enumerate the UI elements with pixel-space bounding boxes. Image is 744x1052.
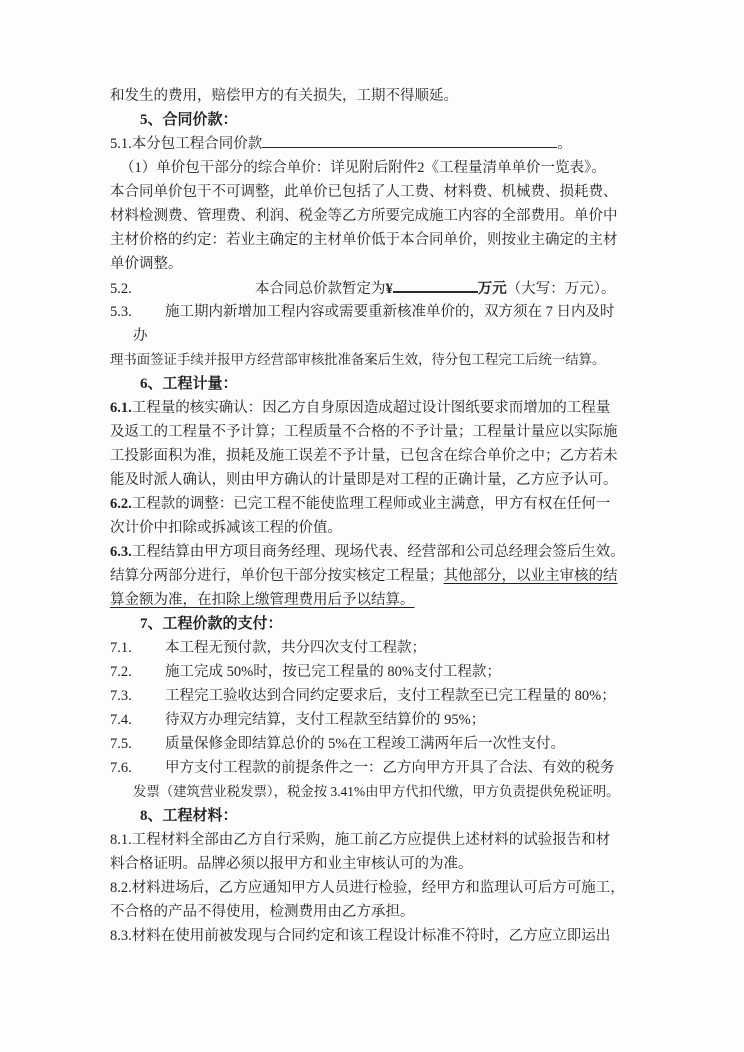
paragraph-text: 办 (133, 328, 148, 344)
clause-5-1-item-1: （1）单价包干部分的综合单价：详见附后附件2《工程量清单单价一览表》。 (110, 156, 640, 180)
clause-6-2: 6.2.工程款的调整：已完工程不能使监理工程师或业主满意，甲方有权在任何一 (110, 492, 640, 516)
paragraph-line: 算金额为准，在扣除上缴管理费用后予以结算。 (110, 588, 640, 612)
paragraph-line: 单价调整。 (110, 252, 640, 276)
currency-symbol: ¥ (386, 281, 393, 297)
clause-text: 工程材料全部由乙方自行采购，施工前乙方应提供上述材料的试验报告和材 (132, 832, 611, 848)
paragraph-text: 次计价中扣除或拆减该工程的价值。 (110, 520, 342, 536)
clause-number: 7.2. (110, 660, 165, 684)
paragraph-text: 本合同单价包干不可调整，此单价已包括了人工费、材料费、机械费、损耗费、 (110, 184, 618, 200)
clause-number: 5.2. (110, 277, 165, 301)
clause-number: 7.6. (110, 756, 165, 780)
clause-text: （1）单价包干部分的综合单价：详见附后附件2《工程量清单单价一览表》。 (120, 160, 606, 176)
section-heading-5: 5、合同价款： (110, 108, 640, 132)
clause-5-1: 5.1.本分包工程合同价款。 (110, 132, 640, 156)
section-heading-7: 7、工程价款的支付： (110, 612, 640, 636)
clause-text: 待双方办理完结算，支付工程款至结算价的 95%； (165, 712, 485, 728)
clause-text: 工程完工验收达到合同约定要求后，支付工程款至已完工程量的 80%； (165, 688, 616, 704)
clause-8-1: 8.1.工程材料全部由乙方自行采购，施工前乙方应提供上述材料的试验报告和材 (110, 828, 640, 852)
paragraph-text: 不合格的产品不得使用，检测费用由乙方承担。 (110, 904, 415, 920)
section-heading-6: 6、工程计量： (110, 372, 640, 396)
clause-text: 5.1.本分包工程合同价款 (110, 136, 262, 152)
section-heading-text: 5、合同价款： (140, 112, 238, 128)
paragraph-line: 本合同单价包干不可调整，此单价已包括了人工费、材料费、机械费、损耗费、 (110, 180, 640, 204)
clause-text: 质量保修金即结算总价的 5%在工程竣工满两年后一次性支付。 (165, 736, 565, 752)
paragraph-text: 和发生的费用，赔偿甲方的有关损失，工期不得顺延。 (110, 88, 458, 104)
clause-number: 8.3. (110, 928, 132, 944)
clause-number: 6.2. (110, 496, 132, 512)
paragraph-text: 料合格证明。品牌必须以报甲方和业主审核认可的为准。 (110, 856, 473, 872)
underlined-text: 其他部分，以业主审核的结 (444, 568, 618, 584)
clause-text: （大写：万元）。 (507, 281, 616, 297)
paragraph-text: 主材价格的约定：若业主确定的主材单价低于本合同单价，则按业主确定的主材 (110, 232, 618, 248)
clause-7-3: 7.3.工程完工验收达到合同约定要求后，支付工程款至已完工程量的 80%； (110, 684, 640, 708)
blank-field (262, 132, 557, 148)
clause-number: 7.4. (110, 708, 165, 732)
clause-6-1: 6.1.工程量的核实确认：因乙方自身原因造成超过设计图纸要求而增加的工程量 (110, 396, 640, 420)
clause-6-3: 6.3.工程结算由甲方项目商务经理、现场代表、经营部和公司总经理会签后生效。 (110, 540, 640, 564)
clause-text: 工程款的调整：已完工程不能使监理工程师或业主满意，甲方有权在任何一 (132, 496, 611, 512)
clause-number: 6.1. (110, 400, 132, 416)
paragraph-line: 不合格的产品不得使用，检测费用由乙方承担。 (110, 900, 640, 924)
clause-7-6: 7.6.甲方支付工程款的前提条件之一：乙方向甲方开具了合法、有效的税务 (110, 756, 640, 780)
clause-text: 本合同总价款暂定为 (255, 281, 386, 297)
clause-5-2: 5.2.本合同总价款暂定为¥万元（大写：万元）。 (110, 276, 640, 300)
contract-document-page: 和发生的费用，赔偿甲方的有关损失，工期不得顺延。 5、合同价款： 5.1.本分包… (0, 0, 744, 1052)
paragraph-line: 理书面签证手续并报甲方经营部审核批准备案后生效，待分包工程完工后统一结算。 (110, 348, 640, 372)
paragraph-text: 理书面签证手续并报甲方经营部审核批准备案后生效，待分包工程完工后统一结算。 (110, 352, 605, 367)
blank-field (393, 276, 478, 293)
clause-7-5: 7.5.质量保修金即结算总价的 5%在工程竣工满两年后一次性支付。 (110, 732, 640, 756)
document-content: 和发生的费用，赔偿甲方的有关损失，工期不得顺延。 5、合同价款： 5.1.本分包… (110, 84, 640, 948)
clause-8-3: 8.3.材料在使用前被发现与合同约定和该工程设计标准不符时，乙方应立即运出 (110, 924, 640, 948)
paragraph-line: 和发生的费用，赔偿甲方的有关损失，工期不得顺延。 (110, 84, 640, 108)
clause-text: 本工程无预付款，共分四次支付工程款； (165, 640, 426, 656)
clause-8-2: 8.2.材料进场后，乙方应通知甲方人员进行检验，经甲方和监理认可后方可施工， (110, 876, 640, 900)
clause-number: 8.2. (110, 880, 132, 896)
paragraph-line: 能及时派人确认，则由甲方确认的计量即是对工程的正确计量，乙方应予认可。 (110, 468, 640, 492)
section-heading-text: 7、工程价款的支付： (140, 616, 283, 632)
clause-number: 5.3. (110, 300, 165, 324)
clause-5-3: 5.3.施工期内新增加工程内容或需要重新核准单价的，双方须在 7 日内及时 (110, 300, 640, 324)
clause-text: 。 (557, 136, 572, 152)
section-heading-8: 8、工程材料： (110, 804, 640, 828)
clause-text: 工程量的核实确认：因乙方自身原因造成超过设计图纸要求而增加的工程量 (132, 400, 611, 416)
paragraph-text: 工投影面积为准，损耗及施工误差不予计量，已包含在综合单价之中；乙方若未 (110, 448, 618, 464)
paragraph-line: 材料检测费、管理费、利润、税金等乙方所要完成施工内容的全部费用。单价中 (110, 204, 640, 228)
clause-7-1: 7.1.本工程无预付款，共分四次支付工程款； (110, 636, 640, 660)
paragraph-text: 及返工的工程量不予计算；工程质量不合格的不予计量；工程量计量应以实际施 (110, 424, 618, 440)
clause-text: 工程结算由甲方项目商务经理、现场代表、经营部和公司总经理会签后生效。 (132, 544, 625, 560)
section-heading-text: 8、工程材料： (140, 808, 238, 824)
clause-7-4: 7.4.待双方办理完结算，支付工程款至结算价的 95%； (110, 708, 640, 732)
clause-number: 7.1. (110, 636, 165, 660)
clause-text: 材料进场后，乙方应通知甲方人员进行检验，经甲方和监理认可后方可施工， (132, 880, 625, 896)
paragraph-text: 结算分两部分进行，单价包干部分按实核定工程量； (110, 568, 444, 584)
clause-text: 甲方支付工程款的前提条件之一：乙方向甲方开具了合法、有效的税务 (165, 760, 615, 776)
clause-text: 材料在使用前被发现与合同约定和该工程设计标准不符时，乙方应立即运出 (132, 928, 611, 944)
paragraph-line: 办 (110, 324, 640, 348)
paragraph-line: 工投影面积为准，损耗及施工误差不予计量，已包含在综合单价之中；乙方若未 (110, 444, 640, 468)
paragraph-text: 能及时派人确认，则由甲方确认的计量即是对工程的正确计量，乙方应予认可。 (110, 472, 618, 488)
clause-text: 施工完成 50%时，按已完工程量的 80%支付工程款； (165, 664, 501, 680)
paragraph-line: 结算分两部分进行，单价包干部分按实核定工程量；其他部分，以业主审核的结 (110, 564, 640, 588)
paragraph-line: 次计价中扣除或拆减该工程的价值。 (110, 516, 640, 540)
section-heading-text: 6、工程计量： (140, 376, 238, 392)
clause-number: 6.3. (110, 544, 132, 560)
paragraph-text: 单价调整。 (110, 256, 183, 272)
paragraph-line: 发票（建筑营业税发票），税金按 3.41%由甲方代扣代缴，甲方负责提供免税证明。 (110, 780, 640, 804)
clause-text: 施工期内新增加工程内容或需要重新核准单价的，双方须在 7 日内及时 (165, 304, 615, 320)
clause-number: 8.1. (110, 832, 132, 848)
clause-number: 7.3. (110, 684, 165, 708)
clause-text: 万元 (478, 281, 507, 297)
paragraph-text: 发票（建筑营业税发票），税金按 3.41%由甲方代扣代缴，甲方负责提供免税证明。 (133, 784, 620, 799)
clause-number: 7.5. (110, 732, 165, 756)
paragraph-text: 材料检测费、管理费、利润、税金等乙方所要完成施工内容的全部费用。单价中 (110, 208, 618, 224)
underlined-text: 算金额为准，在扣除上缴管理费用后予以结算。 (110, 592, 415, 608)
clause-7-2: 7.2.施工完成 50%时，按已完工程量的 80%支付工程款； (110, 660, 640, 684)
paragraph-line: 料合格证明。品牌必须以报甲方和业主审核认可的为准。 (110, 852, 640, 876)
paragraph-line: 主材价格的约定：若业主确定的主材单价低于本合同单价，则按业主确定的主材 (110, 228, 640, 252)
paragraph-line: 及返工的工程量不予计算；工程质量不合格的不予计量；工程量计量应以实际施 (110, 420, 640, 444)
